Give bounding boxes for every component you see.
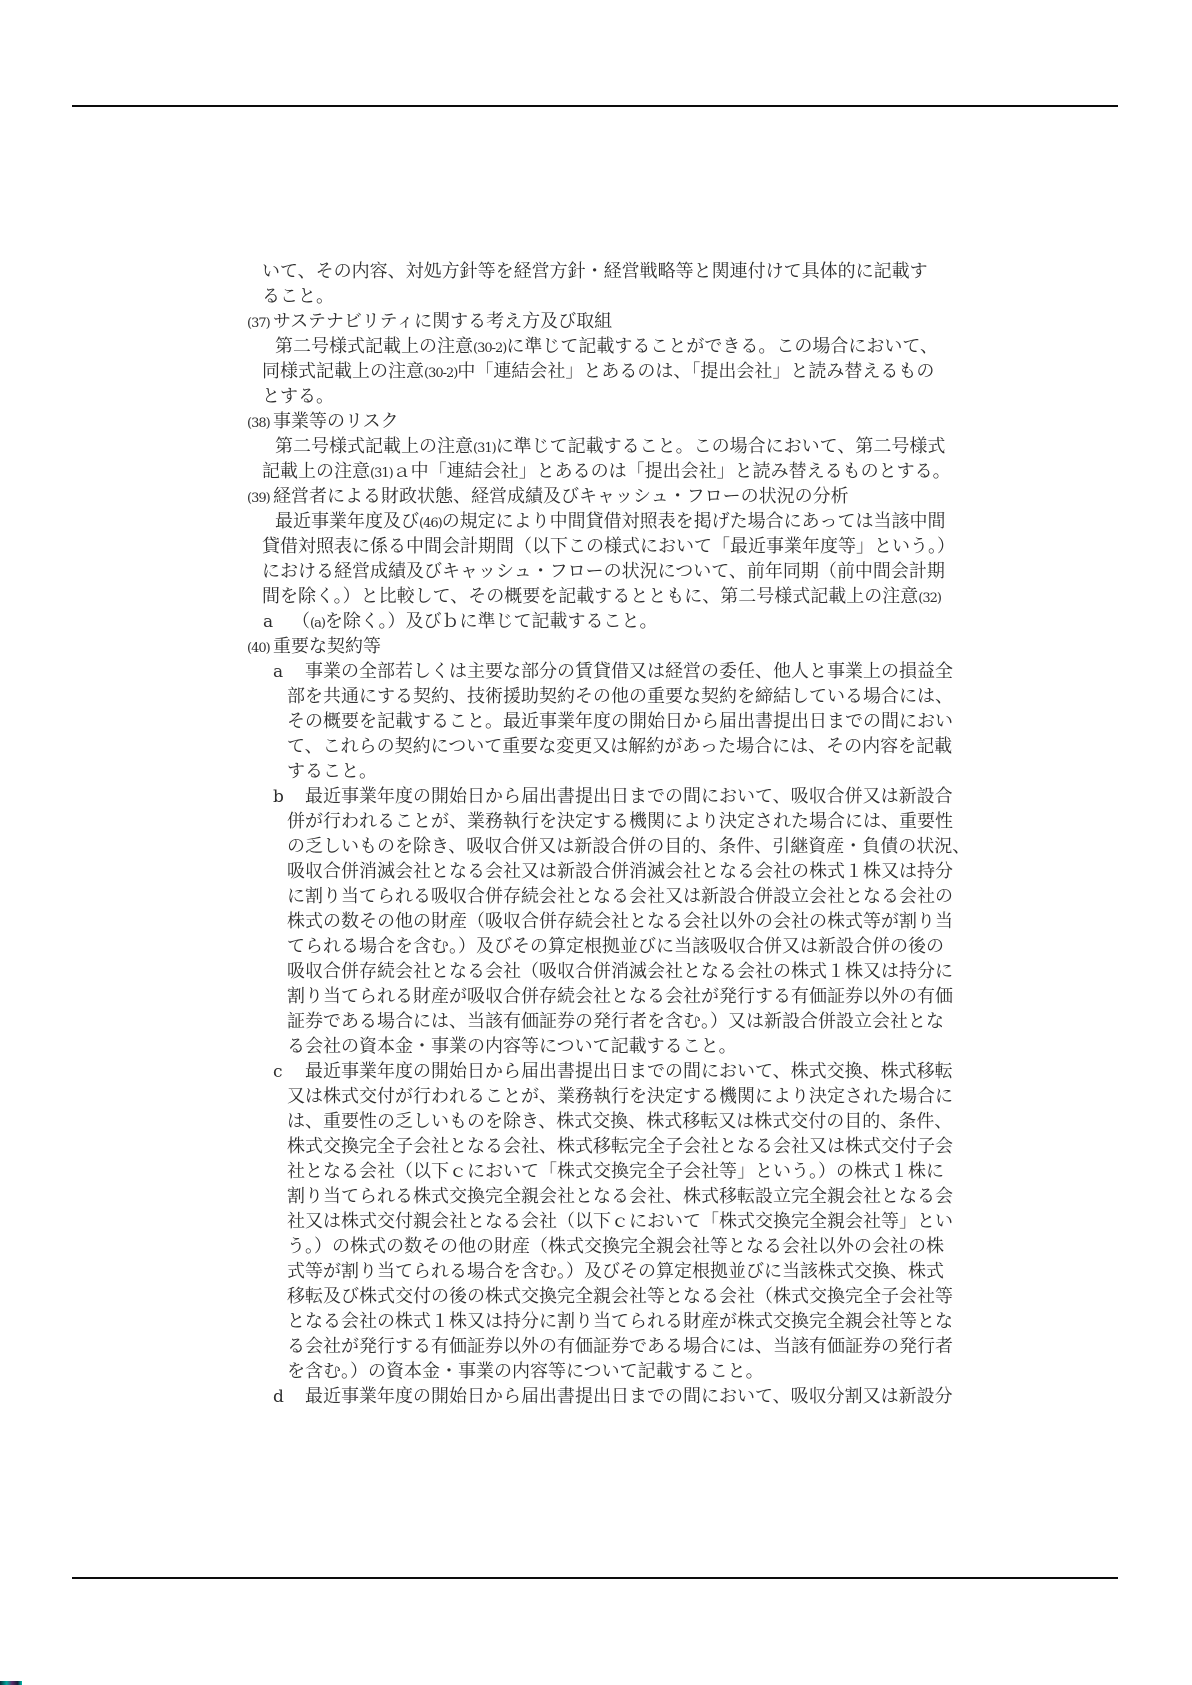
- inline-note-number: (30-2): [424, 366, 457, 381]
- item-number-marker: (40): [247, 636, 273, 661]
- doc-line: d最近事業年度の開始日から届出書提出日までの間において、吸収分割又は新設分: [247, 1384, 941, 1409]
- inline-note-number: (46): [419, 516, 442, 531]
- inline-note-number: (31): [370, 466, 393, 481]
- line-text: う。）の株式の数その他の財産（株式交換完全親会社等となる会社以外の会社の株: [287, 1236, 944, 1257]
- line-text: 同様式記載上の注意(30-2)中「連結会社」とあるのは、「提出会社」と読み替える…: [262, 361, 934, 382]
- line-text: その概要を記載すること。最近事業年度の開始日から届出書提出日までの間におい: [287, 711, 953, 732]
- sub-item-letter: d: [273, 1385, 305, 1410]
- doc-line: (40)重要な契約等: [247, 634, 941, 659]
- line-text: （(a)を除く。）及びｂに準じて記載すること。: [292, 611, 658, 632]
- line-text: 経営者による財政状態、経営成績及びキャッシュ・フローの状況の分析: [273, 486, 849, 507]
- line-text: 吸収合併存続会社となる会社（吸収合併消滅会社となる会社の株式１株又は持分に: [287, 961, 953, 982]
- line-text: に割り当てられる吸収合併存続会社となる会社又は新設合併設立会社となる会社の: [287, 886, 953, 907]
- doc-line: 部を共通にする契約、技術援助契約その他の重要な契約を締結している場合には、: [247, 684, 941, 709]
- line-text: 部を共通にする契約、技術援助契約その他の重要な契約を締結している場合には、: [287, 686, 953, 707]
- doc-line: となる会社の株式１株又は持分に割り当てられる財産が株式交換完全親会社等とな: [247, 1309, 941, 1334]
- doc-line: 式等が割り当てられる場合を含む。）及びその算定根拠並びに当該株式交換、株式: [247, 1259, 941, 1284]
- doc-line: b最近事業年度の開始日から届出書提出日までの間において、吸収合併又は新設合: [247, 784, 941, 809]
- sub-item-letter: c: [273, 1060, 305, 1085]
- doc-line: 貸借対照表に係る中間会計期間（以下この様式において「最近事業年度等」という。）: [247, 534, 941, 559]
- doc-line: (38)事業等のリスク: [247, 409, 941, 434]
- line-text: 最近事業年度及び(46)の規定により中間貸借対照表を掲げた場合にあっては当該中間: [275, 511, 946, 532]
- doc-line: とする。: [247, 384, 941, 409]
- sub-item-letter: a: [273, 660, 305, 685]
- doc-line: 株式の数その他の財産（吸収合併存続会社となる会社以外の会社の株式等が割り当: [247, 909, 941, 934]
- doc-line: 第二号様式記載上の注意(31)に準じて記載すること。この場合において、第二号様式: [247, 434, 941, 459]
- line-text: となる会社の株式１株又は持分に割り当てられる財産が株式交換完全親会社等とな: [287, 1311, 953, 1332]
- doc-line: 吸収合併存続会社となる会社（吸収合併消滅会社となる会社の株式１株又は持分に: [247, 959, 941, 984]
- doc-line: 社又は株式交付親会社となる会社（以下ｃにおいて「株式交換完全親会社等」とい: [247, 1209, 941, 1234]
- line-text: 第二号様式記載上の注意(31)に準じて記載すること。この場合において、第二号様式: [275, 436, 945, 457]
- doc-line: a事業の全部若しくは主要な部分の賃貸借又は経営の委任、他人と事業上の損益全: [247, 659, 941, 684]
- doc-line: 割り当てられる株式交換完全親会社となる会社、株式移転設立完全親会社となる会: [247, 1184, 941, 1209]
- doc-line: 併が行われることが、業務執行を決定する機関により決定された場合には、重要性: [247, 809, 941, 834]
- item-number-marker: (39): [247, 486, 273, 511]
- doc-line: (37)サステナビリティに関する考え方及び取組: [247, 309, 941, 334]
- sub-item-letter: a: [263, 610, 292, 635]
- line-text: 貸借対照表に係る中間会計期間（以下この様式において「最近事業年度等」という。）: [262, 536, 955, 557]
- line-text: 記載上の注意(31)ａ中「連結会社」とあるのは「提出会社」と読み替えるものとする…: [262, 461, 951, 482]
- sub-item-letter: b: [273, 785, 305, 810]
- line-text: は、重要性の乏しいものを除き、株式交換、株式移転又は株式交付の目的、条件、: [287, 1111, 952, 1132]
- inline-note-number: (32): [918, 591, 941, 606]
- line-text: 株式の数その他の財産（吸収合併存続会社となる会社以外の会社の株式等が割り当: [287, 911, 953, 932]
- line-text: 事業等のリスク: [273, 411, 399, 432]
- line-text: を含む。）の資本金・事業の内容等について記載すること。: [287, 1361, 764, 1382]
- doc-line: 社となる会社（以下ｃにおいて「株式交換完全子会社等」という。）の株式１株に: [247, 1159, 941, 1184]
- line-text: 重要な契約等: [273, 636, 381, 657]
- doc-line: 証券である場合には、当該有価証券の発行者を含む。）又は新設合併設立会社とな: [247, 1009, 941, 1034]
- doc-line: ること。: [247, 284, 941, 309]
- line-text: 社又は株式交付親会社となる会社（以下ｃにおいて「株式交換完全親会社等」とい: [287, 1211, 953, 1232]
- line-text: における経営成績及びキャッシュ・フローの状況について、前年同期（前中間会計期: [262, 561, 945, 582]
- page-top-rule: [72, 105, 1118, 107]
- document-text-body: いて、その内容、対処方針等を経営方針・経営戦略等と関連付けて具体的に記載すること…: [247, 259, 941, 1409]
- doc-line: を含む。）の資本金・事業の内容等について記載すること。: [247, 1359, 941, 1384]
- line-text: 割り当てられる株式交換完全親会社となる会社、株式移転設立完全親会社となる会: [287, 1186, 953, 1207]
- document-page: いて、その内容、対処方針等を経営方針・経営戦略等と関連付けて具体的に記載すること…: [0, 0, 1192, 1685]
- doc-line: う。）の株式の数その他の財産（株式交換完全親会社等となる会社以外の会社の株: [247, 1234, 941, 1259]
- doc-line: に割り当てられる吸収合併存続会社となる会社又は新設合併設立会社となる会社の: [247, 884, 941, 909]
- line-text: 株式交換完全子会社となる会社、株式移転完全子会社となる会社又は株式交付子会: [287, 1136, 953, 1157]
- doc-line: (39)経営者による財政状態、経営成績及びキャッシュ・フローの状況の分析: [247, 484, 941, 509]
- line-text: 社となる会社（以下ｃにおいて「株式交換完全子会社等」という。）の株式１株に: [287, 1161, 944, 1182]
- doc-line: a（(a)を除く。）及びｂに準じて記載すること。: [247, 609, 941, 634]
- doc-line: 吸収合併消滅会社となる会社又は新設合併消滅会社となる会社の株式１株又は持分: [247, 859, 941, 884]
- doc-line: その概要を記載すること。最近事業年度の開始日から届出書提出日までの間におい: [247, 709, 941, 734]
- doc-line: 第二号様式記載上の注意(30-2)に準じて記載することができる。この場合において…: [247, 334, 941, 359]
- line-text: 移転及び株式交付の後の株式交換完全親会社等となる会社（株式交換完全子会社等: [287, 1286, 953, 1307]
- doc-line: る会社が発行する有価証券以外の有価証券である場合には、当該有価証券の発行者: [247, 1334, 941, 1359]
- doc-line: は、重要性の乏しいものを除き、株式交換、株式移転又は株式交付の目的、条件、: [247, 1109, 941, 1134]
- line-text: とする。: [262, 386, 334, 407]
- doc-line: 又は株式交付が行われることが、業務執行を決定する機関により決定された場合に: [247, 1084, 941, 1109]
- scan-artifact: [0, 1681, 22, 1685]
- doc-line: 割り当てられる財産が吸収合併存続会社となる会社が発行する有価証券以外の有価: [247, 984, 941, 1009]
- line-text: 最近事業年度の開始日から届出書提出日までの間において、吸収合併又は新設合: [305, 786, 953, 807]
- line-text: 証券である場合には、当該有価証券の発行者を含む。）又は新設合併設立会社とな: [287, 1011, 944, 1032]
- doc-line: てられる場合を含む。）及びその算定根拠並びに当該吸収合併又は新設合併の後の: [247, 934, 941, 959]
- line-text: の乏しいものを除き、吸収合併又は新設合併の目的、条件、引継資産・負債の状況、: [287, 836, 970, 857]
- line-text: すること。: [287, 761, 377, 782]
- inline-note-number: (a): [310, 616, 325, 631]
- line-text: 式等が割り当てられる場合を含む。）及びその算定根拠並びに当該株式交換、株式: [287, 1261, 944, 1282]
- line-text: 併が行われることが、業務執行を決定する機関により決定された場合には、重要性: [287, 811, 953, 832]
- line-text: 第二号様式記載上の注意(30-2)に準じて記載することができる。この場合において…: [275, 336, 938, 357]
- doc-line: 記載上の注意(31)ａ中「連結会社」とあるのは「提出会社」と読み替えるものとする…: [247, 459, 941, 484]
- line-text: 最近事業年度の開始日から届出書提出日までの間において、吸収分割又は新設分: [305, 1386, 953, 1407]
- line-text: 割り当てられる財産が吸収合併存続会社となる会社が発行する有価証券以外の有価: [287, 986, 953, 1007]
- line-text: 最近事業年度の開始日から届出書提出日までの間において、株式交換、株式移転: [305, 1061, 953, 1082]
- doc-line: 最近事業年度及び(46)の規定により中間貸借対照表を掲げた場合にあっては当該中間: [247, 509, 941, 534]
- doc-line: における経営成績及びキャッシュ・フローの状況について、前年同期（前中間会計期: [247, 559, 941, 584]
- doc-line: 間を除く。）と比較して、その概要を記載するとともに、第二号様式記載上の注意(32…: [247, 584, 941, 609]
- line-text: 間を除く。）と比較して、その概要を記載するとともに、第二号様式記載上の注意(32…: [262, 586, 941, 607]
- line-text: 事業の全部若しくは主要な部分の賃貸借又は経営の委任、他人と事業上の損益全: [305, 661, 953, 682]
- line-text: いて、その内容、対処方針等を経営方針・経営戦略等と関連付けて具体的に記載す: [262, 261, 928, 282]
- line-text: 吸収合併消滅会社となる会社又は新設合併消滅会社となる会社の株式１株又は持分: [287, 861, 953, 882]
- doc-line: いて、その内容、対処方針等を経営方針・経営戦略等と関連付けて具体的に記載す: [247, 259, 941, 284]
- doc-line: 同様式記載上の注意(30-2)中「連結会社」とあるのは、「提出会社」と読み替える…: [247, 359, 941, 384]
- inline-note-number: (30-2): [473, 341, 506, 356]
- page-bottom-rule: [72, 1577, 1118, 1579]
- line-text: ること。: [262, 286, 334, 307]
- line-text: てられる場合を含む。）及びその算定根拠並びに当該吸収合併又は新設合併の後の: [287, 936, 944, 957]
- line-text: サステナビリティに関する考え方及び取組: [273, 311, 612, 332]
- doc-line: すること。: [247, 759, 941, 784]
- doc-line: 移転及び株式交付の後の株式交換完全親会社等となる会社（株式交換完全子会社等: [247, 1284, 941, 1309]
- doc-line: て、これらの契約について重要な変更又は解約があった場合には、その内容を記載: [247, 734, 941, 759]
- doc-line: の乏しいものを除き、吸収合併又は新設合併の目的、条件、引継資産・負債の状況、: [247, 834, 941, 859]
- line-text: 又は株式交付が行われることが、業務執行を決定する機関により決定された場合に: [287, 1086, 953, 1107]
- doc-line: c最近事業年度の開始日から届出書提出日までの間において、株式交換、株式移転: [247, 1059, 941, 1084]
- line-text: る会社が発行する有価証券以外の有価証券である場合には、当該有価証券の発行者: [287, 1336, 953, 1357]
- doc-line: る会社の資本金・事業の内容等について記載すること。: [247, 1034, 941, 1059]
- line-text: て、これらの契約について重要な変更又は解約があった場合には、その内容を記載: [287, 736, 952, 757]
- item-number-marker: (38): [247, 411, 273, 436]
- doc-line: 株式交換完全子会社となる会社、株式移転完全子会社となる会社又は株式交付子会: [247, 1134, 941, 1159]
- item-number-marker: (37): [247, 311, 273, 336]
- line-text: る会社の資本金・事業の内容等について記載すること。: [287, 1036, 737, 1057]
- inline-note-number: (31): [473, 441, 496, 456]
